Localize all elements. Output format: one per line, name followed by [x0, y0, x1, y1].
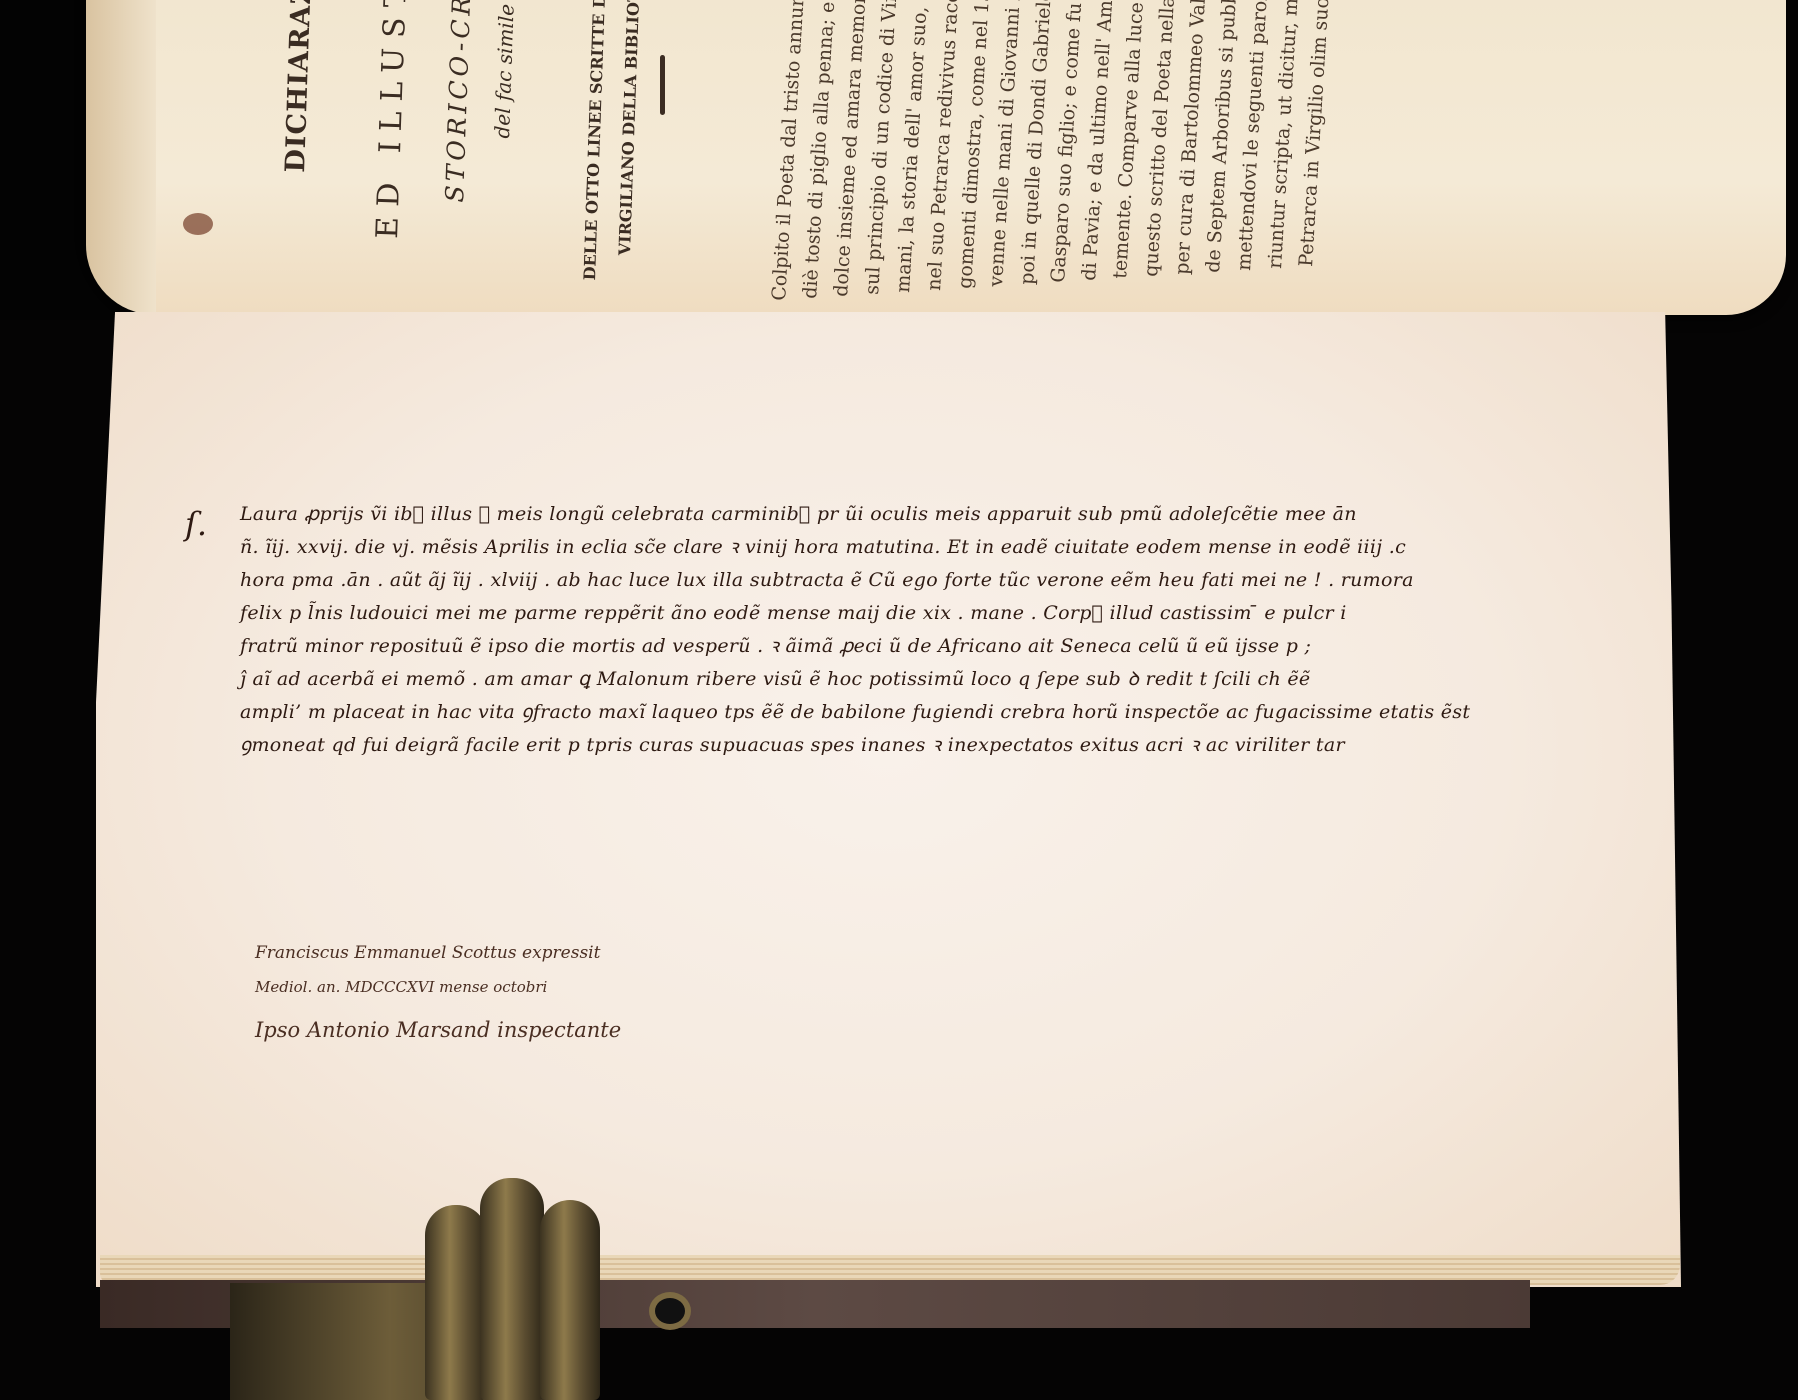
ornament-rule [660, 55, 665, 115]
manuscript-text: Laura ꝓprijs ṽi ib᷑ illus ꝯ meis longũ c… [240, 498, 1470, 762]
signature-engraver: Franciscus Emmanuel Scottus expressit [255, 943, 600, 963]
manuscript-line-5: fratrũ minor reposituũ ẽ ipso die mortis… [240, 630, 1470, 663]
facsimile-page [96, 312, 1681, 1287]
manuscript-line-2: ñ. ĩij. xxvij. die vj. mẽsis Aprilis in … [240, 531, 1470, 564]
brass-hand-clip [385, 1163, 685, 1400]
signature-inspector: Ipso Antonio Marsand inspectante [255, 1018, 621, 1042]
title-fac-simile: del fac simile [490, 4, 519, 139]
ink-stain [183, 213, 213, 235]
manuscript-line-8: ꝯmoneat qd fui deigrã facile erit p tpri… [240, 729, 1470, 762]
manuscript-line-4: felix p l̃nis ludouici mei me parme repp… [240, 597, 1470, 630]
manuscript-line-6: ĵ aĩ ad acerbã ei memõ . am amar ꝗ Malon… [240, 663, 1470, 696]
clip-finger [540, 1200, 600, 1400]
clip-finger [480, 1178, 544, 1400]
manuscript-line-1: Laura ꝓprijs ṽi ib᷑ illus ꝯ meis longũ c… [240, 498, 1470, 531]
manuscript-line-3: hora pma .ān . aũt ãj ĩij . xlviij . ab … [240, 564, 1470, 597]
clip-finger [425, 1205, 487, 1400]
margin-mark: ſ. [185, 505, 207, 543]
manuscript-line-7: ampli’ m placeat in hac vita ꝯfracto max… [240, 696, 1470, 729]
signature-date: Mediol. an. MDCCCXVI mense octobri [255, 978, 547, 996]
